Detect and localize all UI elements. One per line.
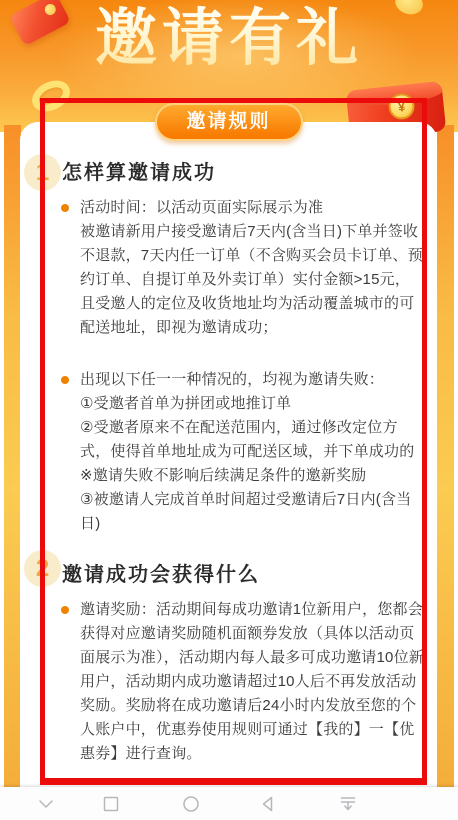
rule-item: 邀请奖励：活动期间每成功邀请1位新用户，您都会获得对应邀请奖励随机面额券发放（具… [58, 598, 425, 766]
bullet-dot-icon [61, 376, 69, 384]
rule-item: 出现以下任一一种情况的，均视为邀请失败： ①受邀者首单为拼团或地推订单 ②受邀者… [58, 368, 425, 536]
rules-content: 怎样算邀请成功 活动时间：以活动页面实际展示为准 被邀请新用户接受邀请后7天内(… [20, 122, 437, 766]
rules-section-success: 怎样算邀请成功 活动时间：以活动页面实际展示为准 被邀请新用户接受邀请后7天内(… [58, 160, 425, 536]
gold-coin-icon [27, 74, 75, 117]
chevron-down-icon[interactable] [34, 792, 58, 816]
pull-down-icon[interactable] [336, 792, 360, 816]
rule-item: 活动时间：以活动页面实际展示为准 被邀请新用户接受邀请后7天内(含当日)下单并签… [58, 196, 425, 340]
section-heading: 怎样算邀请成功 [58, 160, 425, 186]
bullet-dot-icon [61, 606, 69, 614]
rules-section-reward: 邀请成功会获得什么 邀请奖励：活动期间每成功邀请1位新用户，您都会获得对应邀请奖… [58, 562, 425, 766]
home-circle-icon[interactable] [179, 792, 203, 816]
system-navbar [0, 787, 458, 820]
bullet-dot-icon [61, 204, 69, 212]
rule-text: 出现以下任一一种情况的，均视为邀请失败： ①受邀者首单为拼团或地推订单 ②受邀者… [80, 368, 425, 536]
rule-text: 活动时间：以活动页面实际展示为准 被邀请新用户接受邀请后7天内(含当日)下单并签… [80, 196, 425, 340]
gold-stripe-right [437, 125, 454, 787]
recents-square-icon[interactable] [99, 792, 123, 816]
page-title: 邀请有礼 [0, 2, 458, 76]
section-heading: 邀请成功会获得什么 [58, 562, 425, 588]
yen-coin-icon: ¥ [387, 92, 416, 121]
coin-symbol: ¥ [397, 99, 406, 115]
rules-card: 1 2 怎样算邀请成功 活动时间：以活动页面实际展示为准 被邀请新用户接受邀请后… [20, 122, 437, 787]
promo-screen: 邀请有礼 ¥ 1 2 怎样算邀请成功 活动时间：以活动页面实际展示为准 被邀请新… [0, 0, 458, 820]
rule-text: 邀请奖励：活动期间每成功邀请1位新用户，您都会获得对应邀请奖励随机面额券发放（具… [80, 598, 425, 766]
back-triangle-icon[interactable] [256, 792, 280, 816]
gold-stripe-left [4, 125, 21, 787]
